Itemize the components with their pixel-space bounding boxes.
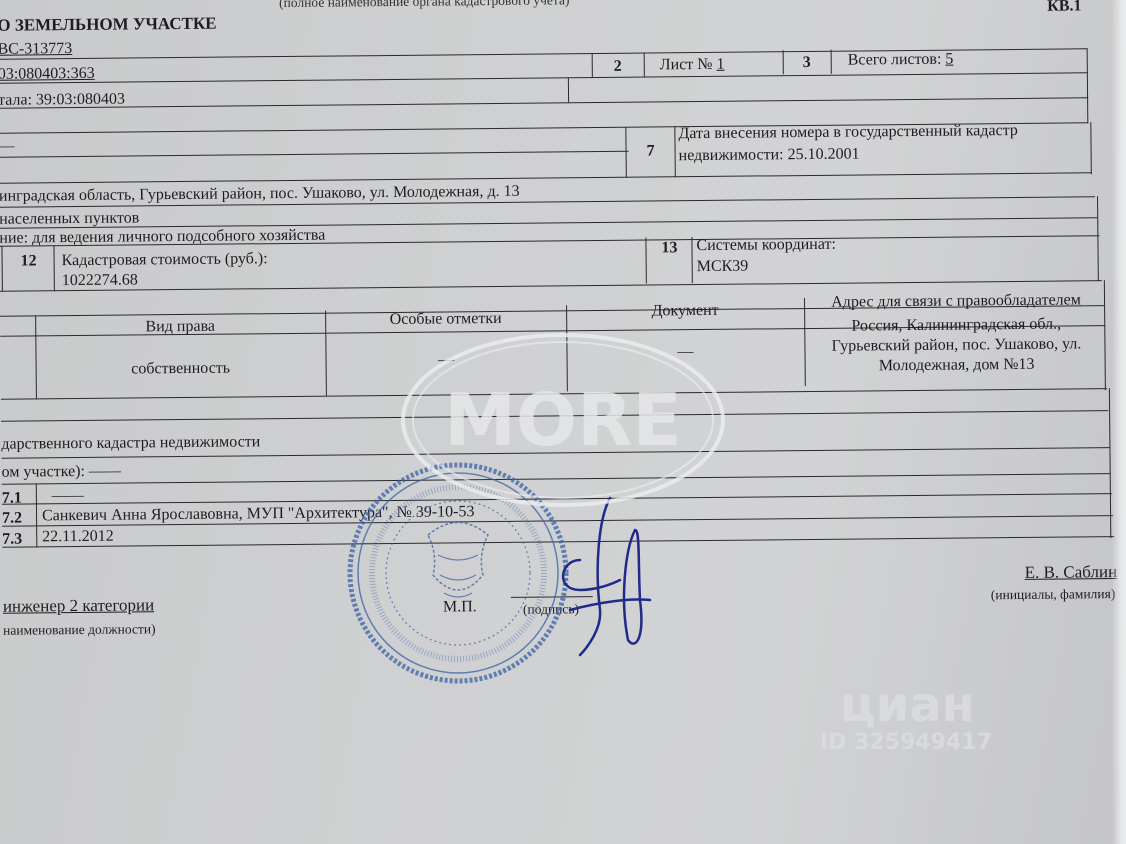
document-page: (полное наименование органа кадастрового… (0, 0, 1126, 844)
field-2-number: 2 (592, 58, 644, 76)
cadastral-number: 03:080403:363 (0, 65, 95, 84)
right-type: собственность (36, 359, 326, 380)
land-category: населенных пунктов (0, 209, 139, 228)
total-sheets: Всего листов: 5 (848, 51, 954, 70)
rights-header-type: Вид права (35, 317, 325, 338)
holder-address-line-3: Молодежная, дом №13 (807, 355, 1107, 376)
notes-line-2: ом участке): —— (2, 463, 121, 482)
cadastre-entry-date-label: Дата внесения номера в государственный к… (678, 122, 1018, 143)
name-caption: (инициалы, фамилия) (991, 585, 1116, 604)
notes-line-1: дарственного кадастра недвижимости (1, 433, 260, 453)
stamp-label: М.П. (443, 598, 477, 616)
field-7-number: 7 (625, 142, 675, 160)
rights-header-marks: Особые отметки (325, 309, 566, 329)
coordinate-system-label: Системы координат: (696, 236, 836, 255)
sheet-number: Лист № 1 (660, 56, 725, 75)
position-caption: наименование должности) (3, 620, 156, 639)
cadastral-quarter: тала: 39:03:080403 (0, 91, 125, 110)
top-caption: (полное наименование органа кадастрового… (279, 0, 569, 12)
note-7-2-number: 7.2 (2, 510, 22, 528)
holder-address-line-2: Гурьевский район, пос. Ушаково, ул. (806, 335, 1106, 356)
previous-number: — (0, 138, 15, 156)
field-13-number: 13 (647, 239, 691, 257)
special-marks: — (325, 350, 566, 370)
document-ref: — (566, 342, 804, 362)
cadastre-entry-date: недвижимости: 25.10.2001 (679, 146, 860, 166)
cadastral-value: 1022274.68 (62, 271, 138, 290)
form-code: КВ.1 (1047, 0, 1081, 16)
signer-position: инженер 2 категории (3, 596, 154, 615)
cadastral-value-label: Кадастровая стоимость (руб.): (62, 250, 268, 270)
field-12-number: 12 (6, 252, 52, 270)
note-7-1-number: 7.1 (2, 490, 22, 508)
note-7-3-value: 22.11.2012 (42, 528, 114, 547)
rights-header-document: Документ (566, 301, 804, 321)
signer-name: Е. В. Саблин (1025, 563, 1118, 582)
paper-edge (1112, 0, 1126, 844)
holder-address-line-1: Россия, Калининградская обл., (806, 315, 1106, 336)
field-3-number: 3 (783, 54, 831, 72)
note-7-1-value: —— (52, 487, 84, 505)
permitted-use: ние: для ведения личного подсобного хозя… (0, 227, 325, 248)
document-number: ВС-313773 (0, 40, 72, 59)
rights-header-address: Адрес для связи с правообладателем (806, 291, 1106, 312)
document-title: О ЗЕМЕЛЬНОМ УЧАСТКЕ (0, 15, 217, 35)
signature-caption: (подпись) (523, 600, 579, 619)
note-7-3-number: 7.3 (2, 531, 22, 549)
coordinate-system: МСК39 (697, 258, 749, 276)
